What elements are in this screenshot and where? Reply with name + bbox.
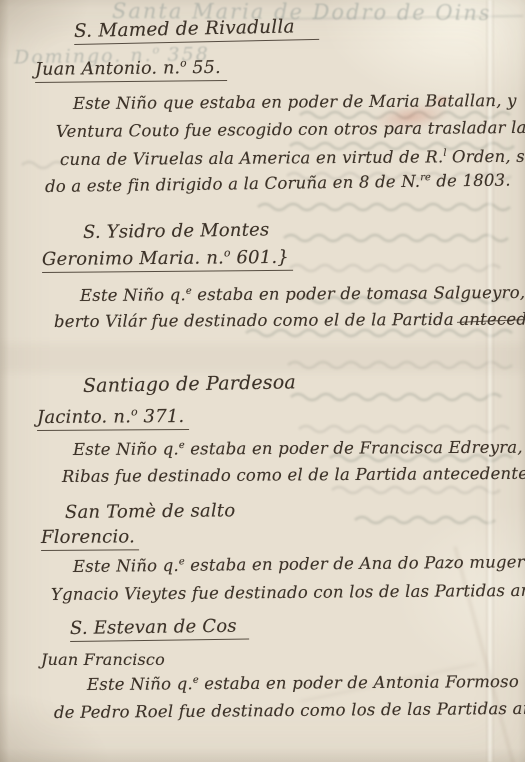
parish-heading: S. Mamed de Rivadulla	[74, 16, 319, 45]
paper-crease-vertical	[486, 0, 494, 762]
entry-text-line: cuna de Viruelas ala America en virtud d…	[60, 147, 525, 170]
entry-text-line: Este Niño q.e estaba en poder de Francis…	[73, 437, 525, 459]
paper-tone-band	[0, 344, 525, 372]
parish-heading: San Tomè de salto	[65, 500, 236, 523]
entry-text-line: Este Niño q.e estaba en poder de tomasa …	[80, 283, 525, 306]
child-entry-heading: Juan Francisco	[41, 650, 165, 669]
child-entry-heading: Florencio.	[41, 526, 139, 550]
child-entry-heading: Jacinto. n.o 371.	[37, 406, 190, 431]
parish-heading: S. Estevan de Cos	[70, 616, 249, 642]
parish-heading: S. Ysidro de Montes	[83, 219, 270, 243]
entry-text-line: Este Niño que estaba en poder de Maria B…	[73, 91, 517, 114]
entry-text-line: Ribas fue destinado como el de la Partid…	[62, 464, 525, 487]
child-entry-heading: Geronimo Maria. n.o 601.}	[42, 247, 293, 273]
child-entry-heading: Juan Antonio. n.o 55.	[35, 57, 227, 83]
parish-heading: Santiago de Pardesoa	[83, 371, 296, 398]
entry-text-line: Ygnacio Vieytes fue destinado con los de…	[51, 580, 525, 604]
entry-text-line: de Pedro Roel fue destinado como los de …	[54, 698, 525, 722]
manuscript-page: Santa Maria de Dodro de Oins Domingo. n.…	[0, 0, 525, 762]
entry-text-line: Este Niño q.e estaba en poder de Antonia…	[87, 672, 525, 695]
entry-text-line: Ventura Couto fue escogido con otros par…	[56, 118, 525, 142]
entry-text-line: berto Vilár fue destinado como el de la …	[54, 309, 525, 331]
